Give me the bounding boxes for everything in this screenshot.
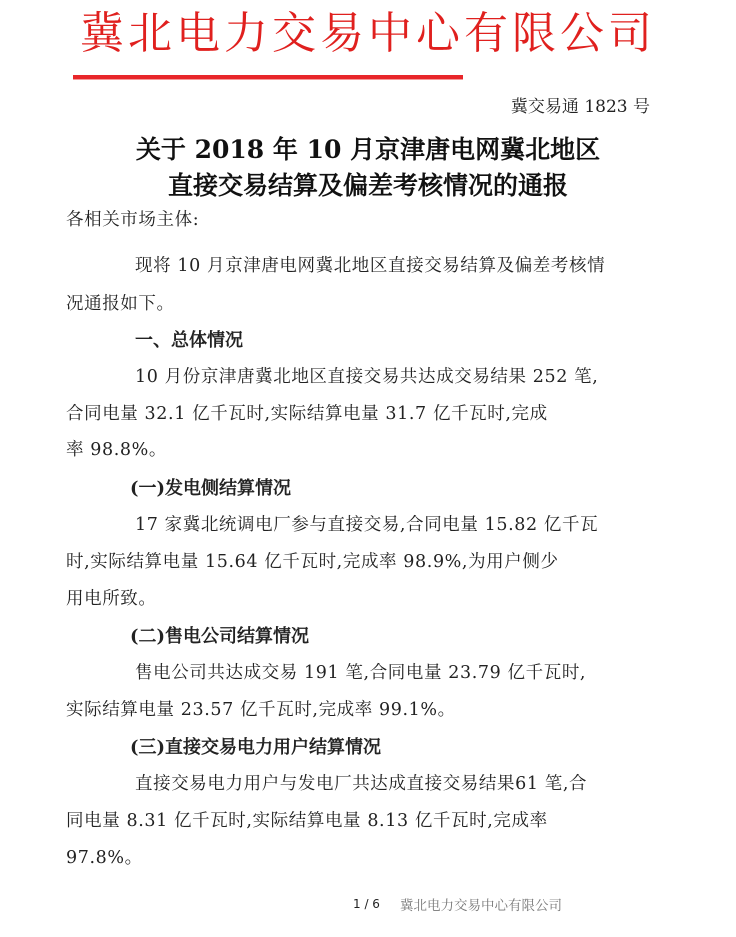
document-number: 冀交易通 1823 号 bbox=[511, 92, 650, 117]
retail-line-2: 实际结算电量 23.57 亿千瓦时,完成率 99.1%。 bbox=[66, 696, 456, 721]
page-number: 1 / 6 bbox=[353, 897, 380, 911]
users-line-3: 97.8%。 bbox=[66, 844, 143, 869]
overview-line-1: 10 月份京津唐冀北地区直接交易共达成交易结果 252 笔, bbox=[135, 363, 598, 388]
intro-line-2: 况通报如下。 bbox=[66, 290, 175, 315]
document-title-line-1: 关于 2018 年 10 月京津唐电网冀北地区 bbox=[0, 130, 736, 166]
overview-line-3: 率 98.8%。 bbox=[66, 436, 167, 461]
masthead-org-name: 冀北电力交易中心有限公司 bbox=[0, 4, 736, 64]
document-title-line-2: 直接交易结算及偏差考核情况的通报 bbox=[0, 166, 736, 202]
overview-line-2: 合同电量 32.1 亿千瓦时,实际结算电量 31.7 亿千瓦时,完成 bbox=[66, 400, 548, 425]
section-heading-direct-users: (三)直接交易电力用户结算情况 bbox=[130, 733, 381, 759]
generation-line-2: 时,实际结算电量 15.64 亿千瓦时,完成率 98.9%,为用户侧少 bbox=[66, 548, 559, 573]
header-divider bbox=[73, 75, 463, 79]
intro-line-1: 现将 10 月京津唐电网冀北地区直接交易结算及偏差考核情 bbox=[135, 252, 605, 277]
retail-line-1: 售电公司共达成交易 191 笔,合同电量 23.79 亿千瓦时, bbox=[135, 659, 586, 684]
salutation: 各相关市场主体: bbox=[66, 206, 199, 231]
generation-line-1: 17 家冀北统调电厂参与直接交易,合同电量 15.82 亿千瓦 bbox=[135, 511, 598, 536]
section-heading-generation-side: (一)发电侧结算情况 bbox=[130, 474, 291, 500]
generation-line-3: 用电所致。 bbox=[66, 585, 157, 610]
footer-company: 冀北电力交易中心有限公司 bbox=[400, 894, 562, 914]
section-heading-overview: 一、总体情况 bbox=[135, 326, 243, 352]
section-heading-retail-companies: (二)售电公司结算情况 bbox=[130, 622, 309, 648]
users-line-2: 同电量 8.31 亿千瓦时,实际结算电量 8.13 亿千瓦时,完成率 bbox=[66, 807, 548, 832]
users-line-1: 直接交易电力用户与发电厂共达成直接交易结果61 笔,合 bbox=[135, 770, 587, 795]
